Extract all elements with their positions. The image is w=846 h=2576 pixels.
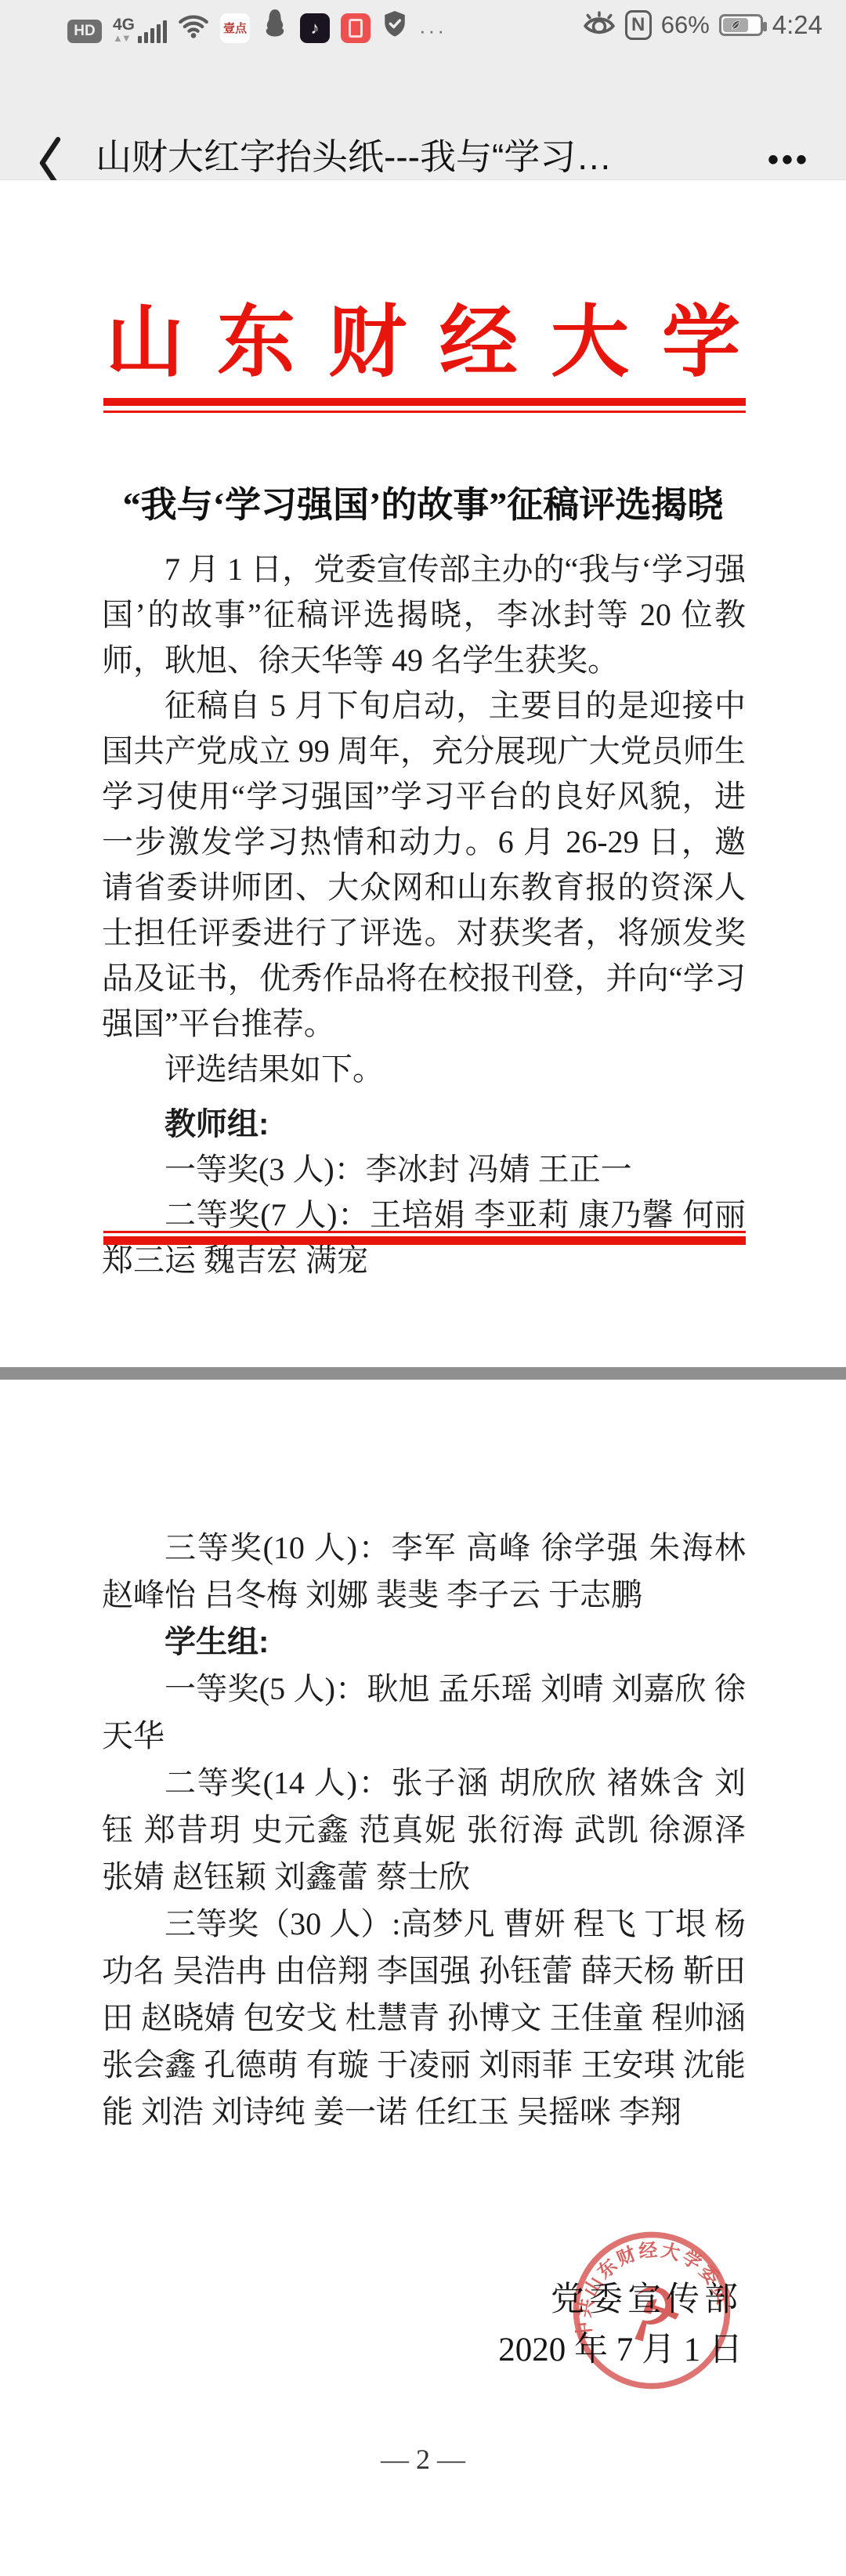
eye-comfort-icon	[583, 9, 616, 42]
wifi-icon	[178, 13, 209, 43]
document-page-2[interactable]: 三等奖(10 人)：李军 高峰 徐学强 朱海林 赵峰怡 吕冬梅 刘娜 裴斐 李子…	[0, 1380, 846, 2576]
article-body-page2: 三等奖(10 人)：李军 高峰 徐学强 朱海林 赵峰怡 吕冬梅 刘娜 裴斐 李子…	[102, 1525, 746, 2136]
footer-rule-thin	[103, 1231, 746, 1233]
footer-rule-thick	[103, 1236, 746, 1245]
letterhead-title: 山东财经大学	[0, 296, 846, 390]
data-arrows-icon: ▲▼	[113, 33, 135, 43]
document-page-1[interactable]: 山东财经大学 “我与‘学习强国’的故事”征稿评选揭晓 7 月 1 日，党委宣传部…	[0, 180, 846, 1367]
letterhead-rule-thick	[103, 398, 746, 406]
leaf-icon	[729, 19, 742, 31]
douyin-app-icon: ♪	[300, 13, 330, 43]
battery-saver-icon	[719, 14, 763, 36]
letterhead-rule-thin	[103, 411, 746, 413]
paragraph-background: 征稿自 5 月下旬启动，主要目的是迎接中国共产党成立 99 周年，充分展现广大党…	[102, 683, 746, 1047]
hd-icon: HD	[67, 20, 102, 43]
news-app-notification-icon: 壹点	[220, 13, 250, 43]
reader-app-icon	[341, 13, 371, 43]
paragraph-results-intro: 评选结果如下。	[102, 1047, 746, 1092]
student-first-prize-line: 一等奖(5 人)：耿旭 孟乐瑶 刘晴 刘嘉欣 徐天华	[102, 1666, 746, 1760]
student-group-heading: 学生组:	[102, 1619, 746, 1666]
status-bar: HD 4G ▲▼ 壹点	[0, 0, 846, 50]
status-left-icons: HD 4G ▲▼ 壹点	[67, 8, 446, 43]
status-right-icons: N 66% 4:24	[583, 9, 822, 42]
teacher-third-prize-line: 三等奖(10 人)：李军 高峰 徐学强 朱海林 赵峰怡 吕冬梅 刘娜 裴斐 李子…	[102, 1525, 746, 1619]
signal-bars-icon	[138, 20, 167, 43]
article-title: “我与‘学习强国’的故事”征稿评选揭晓	[0, 476, 846, 528]
network-indicator: 4G ▲▼	[113, 16, 167, 43]
network-type-label: 4G	[113, 16, 135, 33]
more-options-button[interactable]: •••	[768, 143, 810, 178]
page-number: — 2 —	[0, 2443, 846, 2476]
student-second-prize-line: 二等奖(14 人)：张子涵 胡欣欣 褚姝含 刘钰 郑昔玥 史元鑫 范真妮 张衍海…	[102, 1760, 746, 1901]
more-notifications-icon: ···	[419, 19, 446, 43]
file-preview-screen: HD 4G ▲▼ 壹点	[0, 0, 846, 2576]
official-red-seal: 中共山东财经大学委员会 ☭	[547, 2205, 756, 2415]
battery-percent-label: 66%	[661, 11, 710, 39]
teacher-group-heading: 教师组:	[102, 1102, 746, 1147]
nav-bar: 山财大红字抬头纸---我与“学习… 文件预览 •••	[0, 50, 846, 180]
teacher-first-prize-line: 一等奖(3 人)：李冰封 冯婧 王正一	[102, 1147, 746, 1192]
paragraph-announcement: 7 月 1 日，党委宣传部主办的“我与‘学习强国’的故事”征稿评选揭晓，李冰封等…	[102, 547, 746, 683]
page-separator	[0, 1367, 846, 1380]
clock-label: 4:24	[772, 10, 822, 40]
student-third-prize-line: 三等奖（30 人）:高梦凡 曹妍 程飞 丁垠 杨功名 吴浩冉 由倍翔 李国强 孙…	[102, 1901, 746, 2136]
seal-emblem-icon: ☭	[612, 2268, 693, 2359]
shield-check-icon	[381, 9, 408, 43]
document-title: 山财大红字抬头纸---我与“学习…	[96, 128, 691, 180]
article-body-page1: 7 月 1 日，党委宣传部主办的“我与‘学习强国’的故事”征稿评选揭晓，李冰封等…	[102, 547, 746, 1283]
nfc-icon: N	[625, 10, 652, 40]
qq-penguin-icon	[261, 8, 289, 43]
